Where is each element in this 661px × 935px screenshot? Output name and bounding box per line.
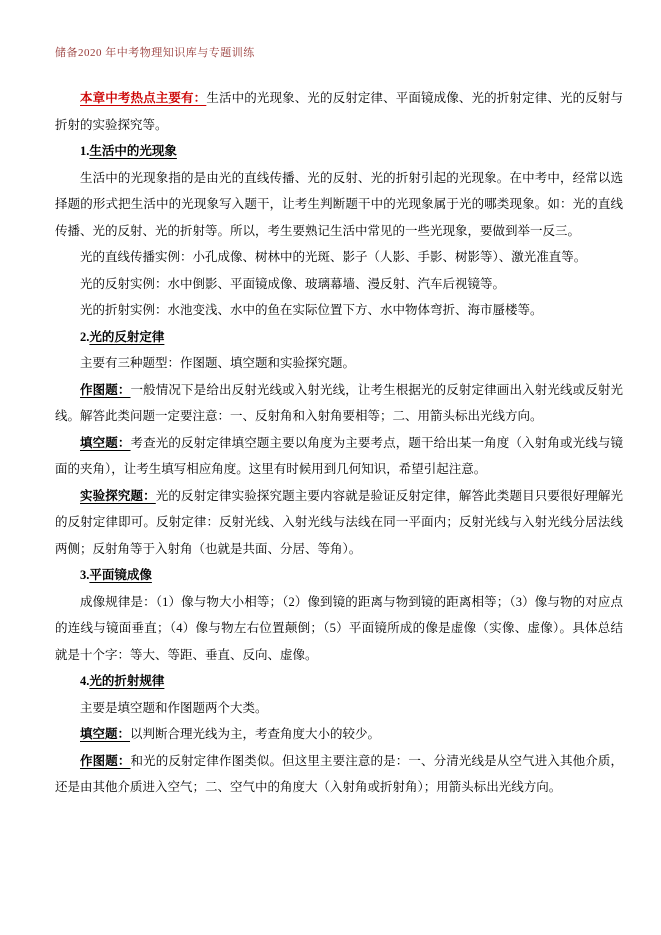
paragraph-label: 实验探究题：: [80, 489, 156, 503]
paragraph-text: 成像规律是：（1）像与物大小相等；（2）像到镜的距离与物到镜的距离相等；（3）像…: [55, 595, 623, 662]
paragraph-label: 填空题：: [80, 727, 130, 741]
paragraph-text: 光的反射实例：水中倒影、平面镜成像、玻璃幕墙、漫反射、汽车后视镜等。: [80, 277, 505, 291]
paragraph-text: 一般情况下是给出反射光线或入射光线，让考生根据光的反射定律画出入射光线或反射光线…: [55, 383, 623, 424]
paragraph-label: 填空题：: [80, 436, 131, 450]
section-3-number: 3.: [80, 568, 89, 582]
section-1-title: 生活中的光现象: [89, 144, 177, 158]
paragraph-text: 主要有三种题型：作图题、填空题和实验探究题。: [80, 356, 355, 370]
paragraph-straight-propagation-examples: 光的直线传播实例：小孔成像、树林中的光斑、影子（人影、手影、树影等）、激光准直等…: [55, 244, 623, 271]
section-3-title: 平面镜成像: [89, 568, 152, 582]
paragraph-experiment-questions: 实验探究题：光的反射定律实验探究题主要内容就是验证反射定律，解答此类题目只要很好…: [55, 483, 623, 563]
intro-paragraph: 本章中考热点主要有：生活中的光现象、光的反射定律、平面镜成像、光的折射定律、光的…: [55, 85, 623, 138]
section-4-heading: 4.光的折射规律: [55, 668, 623, 695]
document-body: 本章中考热点主要有：生活中的光现象、光的反射定律、平面镜成像、光的折射定律、光的…: [55, 85, 623, 801]
paragraph-text: 考查光的反射定律填空题主要以角度为主要考点，题干给出某一角度（入射角或光线与镜面…: [55, 436, 623, 477]
document-header: 储备2020 年中考物理知识库与专题训练: [55, 44, 255, 60]
paragraph-fill-blank-questions: 填空题：考查光的反射定律填空题主要以角度为主要考点，题干给出某一角度（入射角或光…: [55, 430, 623, 483]
section-2-title: 光的反射定律: [89, 330, 164, 344]
paragraph-label: 作图题：: [80, 383, 131, 397]
paragraph-mirror-imaging-rules: 成像规律是：（1）像与物大小相等；（2）像到镜的距离与物到镜的距离相等；（3）像…: [55, 589, 623, 669]
paragraph-text: 和光的反射定律作图类似。但这里主要注意的是：一、分清光线是从空气进入其他介质，还…: [55, 754, 623, 795]
section-1-heading: 1.生活中的光现象: [55, 138, 623, 165]
paragraph-question-types: 主要有三种题型：作图题、填空题和实验探究题。: [55, 350, 623, 377]
section-2-heading: 2.光的反射定律: [55, 324, 623, 351]
paragraph-refraction-examples: 光的折射实例：水池变浅、水中的鱼在实际位置下方、水中物体弯折、海市蜃楼等。: [55, 297, 623, 324]
paragraph-drawing-questions: 作图题：一般情况下是给出反射光线或入射光线，让考生根据光的反射定律画出入射光线或…: [55, 377, 623, 430]
paragraph-refraction-fill-blank: 填空题：以判断合理光线为主，考查角度大小的较少。: [55, 721, 623, 748]
section-3-heading: 3.平面镜成像: [55, 562, 623, 589]
paragraph-label: 作图题：: [80, 754, 131, 768]
section-2-number: 2.: [80, 330, 89, 344]
section-1-number: 1.: [80, 144, 89, 158]
section-4-title: 光的折射规律: [89, 674, 164, 688]
paragraph-text: 以判断合理光线为主，考查角度大小的较少。: [130, 727, 380, 741]
paragraph-refraction-question-types: 主要是填空题和作图题两个大类。: [55, 695, 623, 722]
section-4-number: 4.: [80, 674, 89, 688]
paragraph-text: 生活中的光现象指的是由光的直线传播、光的反射、光的折射引起的光现象。在中考中，经…: [55, 171, 623, 238]
paragraph-text: 光的直线传播实例：小孔成像、树林中的光斑、影子（人影、手影、树影等）、激光准直等…: [80, 250, 586, 264]
paragraph-text: 主要是填空题和作图题两个大类。: [80, 701, 268, 715]
paragraph-reflection-examples: 光的反射实例：水中倒影、平面镜成像、玻璃幕墙、漫反射、汽车后视镜等。: [55, 271, 623, 298]
paragraph-text: 光的折射实例：水池变浅、水中的鱼在实际位置下方、水中物体弯折、海市蜃楼等。: [80, 303, 543, 317]
paragraph-refraction-drawing: 作图题：和光的反射定律作图类似。但这里主要注意的是：一、分清光线是从空气进入其他…: [55, 748, 623, 801]
paragraph-light-phenomena-overview: 生活中的光现象指的是由光的直线传播、光的反射、光的折射引起的光现象。在中考中，经…: [55, 165, 623, 245]
intro-highlight-label: 本章中考热点主要有：: [80, 91, 206, 105]
